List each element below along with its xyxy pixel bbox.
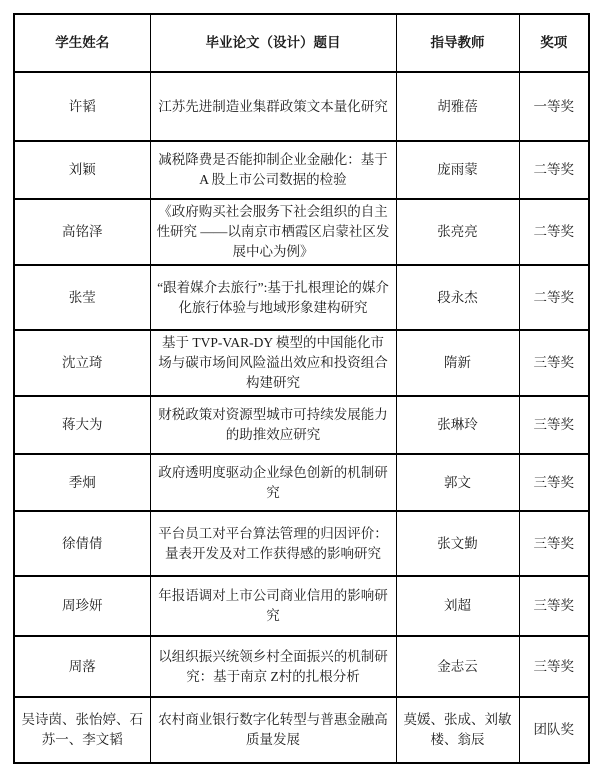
award-cell: 二等奖 [519, 199, 589, 265]
header-student-name: 学生姓名 [14, 14, 150, 72]
thesis-title-cell: 年报语调对上市公司商业信用的影响研究 [150, 576, 396, 636]
table-row: 吴诗茵、张怡婷、石苏一、李文韬 农村商业银行数字化转型与普惠金融高质量发展 莫媛… [14, 697, 589, 763]
student-name-cell: 周落 [14, 636, 150, 697]
thesis-title-cell: 《政府购买社会服务下社会组织的自主性研究 ——以南京市栖霞区启蒙社区发展中心为例… [150, 199, 396, 265]
advisor-cell: 金志云 [396, 636, 519, 697]
table-row: 蒋大为 财税政策对资源型城市可持续发展能力的助推效应研究 张琳玲 三等奖 [14, 396, 589, 454]
student-name-cell: 刘颖 [14, 141, 150, 199]
student-name-cell: 蒋大为 [14, 396, 150, 454]
award-cell: 二等奖 [519, 265, 589, 330]
award-cell: 三等奖 [519, 636, 589, 697]
student-name-cell: 季炯 [14, 454, 150, 511]
student-name-cell: 高铭泽 [14, 199, 150, 265]
header-thesis-title: 毕业论文（设计）题目 [150, 14, 396, 72]
student-name-cell: 许韬 [14, 72, 150, 141]
table-row: 高铭泽 《政府购买社会服务下社会组织的自主性研究 ——以南京市栖霞区启蒙社区发展… [14, 199, 589, 265]
advisor-cell: 庞雨蒙 [396, 141, 519, 199]
table-row: 张莹 “跟着媒介去旅行”:基于扎根理论的媒介化旅行体验与地域形象建构研究 段永杰… [14, 265, 589, 330]
award-cell: 二等奖 [519, 141, 589, 199]
thesis-title-cell: 基于 TVP-VAR-DY 模型的中国能化市场与碳市场间风险溢出效应和投资组合构… [150, 330, 396, 396]
thesis-title-cell: 减税降费是否能抑制企业金融化：基于 A 股上市公司数据的检验 [150, 141, 396, 199]
student-name-cell: 徐倩倩 [14, 511, 150, 576]
thesis-title-cell: 财税政策对资源型城市可持续发展能力的助推效应研究 [150, 396, 396, 454]
award-cell: 三等奖 [519, 454, 589, 511]
student-name-cell: 吴诗茵、张怡婷、石苏一、李文韬 [14, 697, 150, 763]
thesis-title-cell: 平台员工对平台算法管理的归因评价：量表开发及对工作获得感的影响研究 [150, 511, 396, 576]
advisor-cell: 莫媛、张成、刘敏楼、翁辰 [396, 697, 519, 763]
advisor-cell: 张琳玲 [396, 396, 519, 454]
thesis-title-cell: 江苏先进制造业集群政策文本量化研究 [150, 72, 396, 141]
student-name-cell: 沈立琦 [14, 330, 150, 396]
table-row: 周落 以组织振兴统领乡村全面振兴的机制研究：基于南京 Z村的扎根分析 金志云 三… [14, 636, 589, 697]
student-name-cell: 张莹 [14, 265, 150, 330]
award-cell: 三等奖 [519, 330, 589, 396]
advisor-cell: 郭文 [396, 454, 519, 511]
awards-table: 学生姓名 毕业论文（设计）题目 指导教师 奖项 许韬 江苏先进制造业集群政策文本… [13, 13, 590, 764]
thesis-title-cell: 以组织振兴统领乡村全面振兴的机制研究：基于南京 Z村的扎根分析 [150, 636, 396, 697]
table-row: 周珍妍 年报语调对上市公司商业信用的影响研究 刘超 三等奖 [14, 576, 589, 636]
student-name-cell: 周珍妍 [14, 576, 150, 636]
advisor-cell: 刘超 [396, 576, 519, 636]
table-row: 沈立琦 基于 TVP-VAR-DY 模型的中国能化市场与碳市场间风险溢出效应和投… [14, 330, 589, 396]
table-header-row: 学生姓名 毕业论文（设计）题目 指导教师 奖项 [14, 14, 589, 72]
table-row: 季炯 政府透明度驱动企业绿色创新的机制研究 郭文 三等奖 [14, 454, 589, 511]
thesis-title-cell: “跟着媒介去旅行”:基于扎根理论的媒介化旅行体验与地域形象建构研究 [150, 265, 396, 330]
document-page: 学生姓名 毕业论文（设计）题目 指导教师 奖项 许韬 江苏先进制造业集群政策文本… [0, 0, 601, 762]
header-award: 奖项 [519, 14, 589, 72]
table-row: 许韬 江苏先进制造业集群政策文本量化研究 胡雅蓓 一等奖 [14, 72, 589, 141]
award-cell: 团队奖 [519, 697, 589, 763]
award-cell: 三等奖 [519, 396, 589, 454]
award-cell: 三等奖 [519, 576, 589, 636]
table-row: 刘颖 减税降费是否能抑制企业金融化：基于 A 股上市公司数据的检验 庞雨蒙 二等… [14, 141, 589, 199]
award-cell: 三等奖 [519, 511, 589, 576]
award-cell: 一等奖 [519, 72, 589, 141]
advisor-cell: 张亮亮 [396, 199, 519, 265]
header-advisor: 指导教师 [396, 14, 519, 72]
thesis-title-cell: 政府透明度驱动企业绿色创新的机制研究 [150, 454, 396, 511]
thesis-title-cell: 农村商业银行数字化转型与普惠金融高质量发展 [150, 697, 396, 763]
advisor-cell: 段永杰 [396, 265, 519, 330]
advisor-cell: 胡雅蓓 [396, 72, 519, 141]
advisor-cell: 张文勤 [396, 511, 519, 576]
advisor-cell: 隋新 [396, 330, 519, 396]
table-row: 徐倩倩 平台员工对平台算法管理的归因评价：量表开发及对工作获得感的影响研究 张文… [14, 511, 589, 576]
